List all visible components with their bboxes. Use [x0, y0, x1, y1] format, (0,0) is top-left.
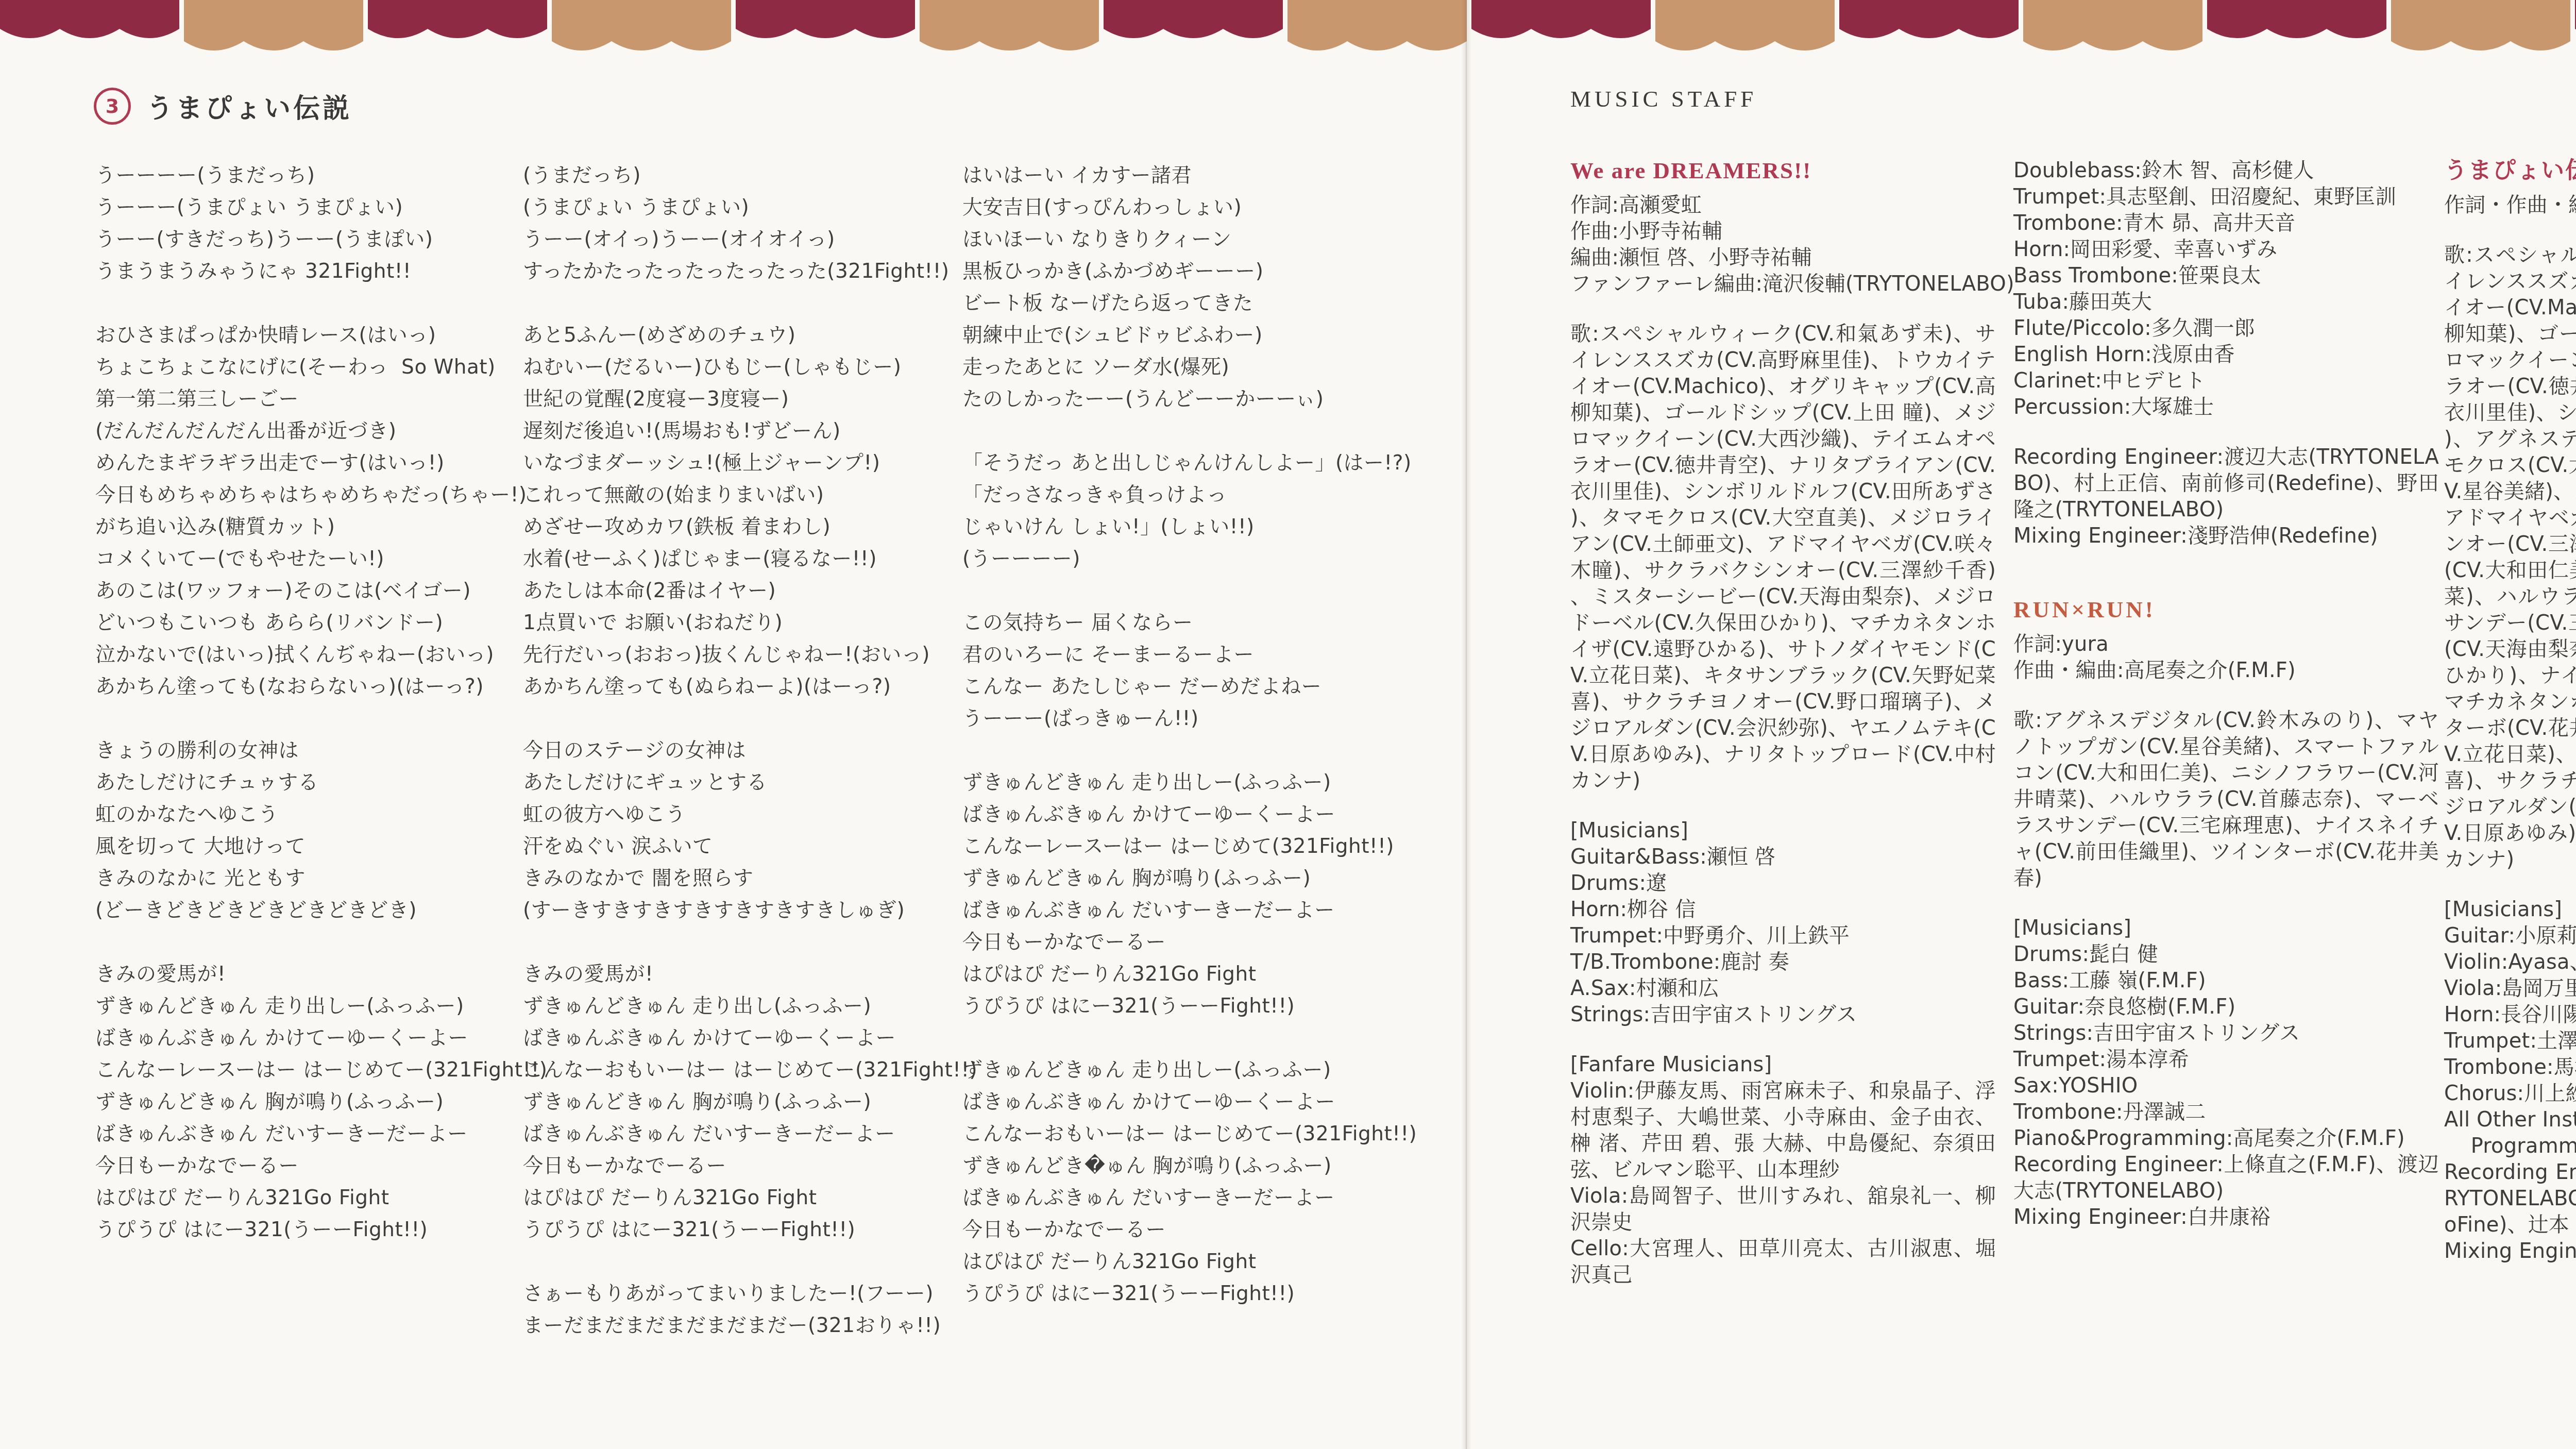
credit-line: Violin:Ayasa、澤田昭子、澤田若菜 [2444, 949, 2576, 975]
wave-segment [2207, 0, 2386, 38]
lyric-line: うぴうぴ はにー321(うーーFight!!) [962, 1278, 1417, 1310]
lyric-line: 今日もーかなでーるー [962, 1214, 1417, 1246]
lyric-line: 遅刻だ後追い!(馬場おも!ずどーん) [523, 415, 977, 447]
credit-line: Horn:栁谷 信 [1570, 897, 1996, 923]
lyric-line: きみの愛馬が! [95, 958, 548, 990]
song-title: うまぴょい伝説 [2444, 158, 2576, 184]
section-gap [2013, 684, 2439, 707]
credit-line: Recording Engineer:飛澤正人、渡辺大志(TRYTONELABO… [2444, 1159, 2576, 1238]
wave-segment [552, 0, 731, 50]
staff-column-3: うまぴょい伝説作詞・作曲・編曲:本田晃弘(Cygames)歌:スペシャルウィーク… [2444, 158, 2576, 1265]
credit-line: 作詞:yura [2013, 631, 2439, 658]
lyric-line: うまうまうみゃうにゃ 321Fight!! [95, 256, 548, 288]
lyric-line: 泣かないで(はいっ)拭くんぢゃねー(おいっ) [95, 639, 548, 671]
credit-line: ファンファーレ編曲:滝沢俊輔(TRYTONELABO) [1570, 271, 1996, 297]
wave-segment [736, 0, 915, 38]
lyric-line: ばきゅんぶきゅん だいすーきーだーよー [962, 1182, 1417, 1214]
lyric-line: こんなーレースーはー はーじめてー(321Fight!!) [95, 1054, 548, 1086]
wave-segment [920, 0, 1099, 50]
lyric-line: うーー(すきだっち)うーー(うまぽい) [95, 224, 548, 256]
lyrics-column-3: はいはーい イカすー諸君大安吉日(すっぴんわっしょい)ほいほーい なりきりクィー… [962, 160, 1417, 1310]
track-number-badge: 3 [94, 88, 131, 125]
lyric-line: じゃいけん しょい!」(しょい!!) [962, 511, 1417, 543]
wave-segment [1655, 0, 1835, 50]
lyric-line: 「だっさなっきゃ負っけよっ [962, 479, 1417, 511]
credit-line: Bass:工藤 嶺(F.M.F) [2013, 968, 2439, 994]
stanza-gap [523, 1246, 977, 1278]
lyric-line: はぴはぴ だーりん321Go Fight [962, 958, 1417, 990]
section-gap [2013, 549, 2439, 573]
stanza-gap [95, 703, 548, 735]
credit-line: Trombone:丹澤誠二 [2013, 1099, 2439, 1125]
credit-line: Cello:大宮理人、田草川亮太、古川淑恵、堀沢真己 [1570, 1236, 1996, 1288]
lyric-line: ばきゅんぶきゅん かけてーゆーくーよー [962, 1086, 1417, 1118]
lyric-line: 世紀の覚醒(2度寝ー3度寝ー) [523, 383, 977, 415]
lyric-line: うーーー(ばっきゅーん!!) [962, 703, 1417, 735]
credit-line: Programming:本田晃弘(Cygames) [2444, 1133, 2576, 1159]
lyric-line: この気持ちー 届くならー [962, 607, 1417, 639]
lyric-line: ビート板 なーげたら返ってきた [962, 288, 1417, 319]
song-title: We are DREAMERS!! [1570, 158, 1996, 184]
lyric-line: ずきゅんどきゅん 胸が鳴り(ふっふー) [95, 1086, 548, 1118]
credit-line: Drums:遼 [1570, 870, 1996, 897]
stanza-gap [523, 703, 977, 735]
credit-line: Guitar:奈良悠樹(F.M.F) [2013, 994, 2439, 1020]
lyric-line: (だんだんだんだん出番が近づき) [95, 415, 548, 447]
lyric-line: めざせー攻めカワ(鉄板 着まわし) [523, 511, 977, 543]
lyric-line: まーだまだまだまだまだまだー(321おりゃ!!) [523, 1310, 977, 1342]
credit-line: 歌:スペシャルウィーク(CV.和氣あず未)、サイレンススズカ(CV.高野麻里佳)… [1570, 321, 1996, 794]
lyric-line: ばきゅんぶきゅん だいすーきーだーよー [95, 1118, 548, 1150]
lyric-line: あと5ふんー(めざめのチュウ) [523, 319, 977, 351]
lyric-line: うーー(オイっ)うーー(オイオイっ) [523, 224, 977, 256]
lyric-line: こんなーおもいーはー はーじめてー(321Fight!!) [523, 1054, 977, 1086]
section-gap [2444, 218, 2576, 242]
lyric-line: これって無敵の(始まりまいばい) [523, 479, 977, 511]
credit-line: Bass Trombone:笹栗良太 [2013, 263, 2439, 289]
lyric-line: うぴうぴ はにー321(うーーFight!!) [523, 1214, 977, 1246]
credit-line: Trumpet:中野勇介、川上鉄平 [1570, 923, 1996, 949]
credit-line: Mixing Engineer:飛澤正人 [2444, 1238, 2576, 1265]
lyric-line: はいはーい イカすー諸君 [962, 160, 1417, 192]
lyric-line: うーーー(うまぴょい うまぴょい) [95, 192, 548, 224]
lyric-line: こんなー あたしじゃー だーめだよねー [962, 671, 1417, 703]
credit-line: All Other Instruments & [2444, 1107, 2576, 1133]
credit-line: 作詞:高瀬愛虹 [1570, 192, 1996, 218]
lyric-line: あかちん塗っても(ぬらねーよ)(はーっ?) [523, 671, 977, 703]
wave-segment [1287, 0, 1467, 50]
lyric-line: きみのなかで 闇を照らす [523, 863, 977, 895]
lyric-line: あのこは(ワッフォー)そのこは(ベイゴー) [95, 575, 548, 607]
stanza-gap [95, 288, 548, 319]
credit-line: A.Sax:村瀬和広 [1570, 975, 1996, 1002]
lyric-line: (うまだっち) [523, 160, 977, 192]
lyric-line: ずきゅんどきゅん 走り出し(ふっふー) [523, 990, 977, 1022]
credit-line: Clarinet:中ヒデヒト [2013, 368, 2439, 394]
section-gap [1570, 1028, 1996, 1052]
stanza-gap [523, 288, 977, 319]
credit-line: Recording Engineer:渡辺大志(TRYTONELABO)、村上正… [2013, 444, 2439, 523]
lyric-line: ずきゅんどき�ゅん 胸が鳴り(ふっふー) [962, 1150, 1417, 1182]
stanza-gap [962, 735, 1417, 767]
music-staff-header: MUSIC STAFF [1570, 86, 1757, 112]
lyric-line: (どーきどきどきどきどきどきどき) [95, 895, 548, 926]
lyric-line: ちょこちょこなにげに(そーわっ So What) [95, 351, 548, 383]
lyric-line: めんたまギラギラ出走でーす(はいっ!) [95, 447, 548, 479]
credit-line: Trumpet:具志堅創、田沼慶紀、東野匡訓 [2013, 184, 2439, 210]
lyric-line: うぴうぴ はにー321(うーーFight!!) [95, 1214, 548, 1246]
stanza-gap [962, 415, 1417, 447]
lyric-line: いなづまダーッシュ!(極上ジャーンプ!) [523, 447, 977, 479]
lyric-line: きょうの勝利の女神は [95, 735, 548, 767]
credit-line: Viola:島岡万里子、七海加奈 [2444, 975, 2576, 1002]
wave-segment [368, 0, 547, 38]
scalloped-border [0, 0, 2576, 68]
booklet-spread: 3 うまぴょい伝説 うーーーー(うまだっち)うーーー(うまぴょい うまぴょい)う… [0, 0, 2576, 1449]
lyrics-column-1: うーーーー(うまだっち)うーーー(うまぴょい うまぴょい)うーー(すきだっち)う… [95, 160, 548, 1246]
track-title: うまぴょい伝説 [146, 87, 352, 125]
lyric-line: きみのなかに 光ともす [95, 863, 548, 895]
credit-line: 歌:スペシャルウィーク(CV.和氣あず未)、サイレンススズカ(CV.高野麻里佳)… [2444, 242, 2576, 873]
credit-line: [Musicians] [1570, 818, 1996, 844]
credit-line: Percussion:大塚雄士 [2013, 394, 2439, 420]
lyric-line: ずきゅんどきゅん 走り出しー(ふっふー) [962, 1054, 1417, 1086]
lyric-line: きみの愛馬が! [523, 958, 977, 990]
wave-segment [2023, 0, 2202, 50]
section-gap [2013, 573, 2439, 597]
section-gap [2013, 420, 2439, 444]
lyric-line: 風を切って 大地けって [95, 831, 548, 863]
lyric-line: こんなーレースーはー はーじめて(321Fight!!) [962, 831, 1417, 863]
lyric-line: 今日もーかなでーるー [523, 1150, 977, 1182]
credit-line: Flute/Piccolo:多久潤一郎 [2013, 315, 2439, 342]
credit-line: Mixing Engineer:淺野浩伸(Redefine) [2013, 523, 2439, 549]
credit-line: Strings:吉田宇宙ストリングス [2013, 1020, 2439, 1047]
section-gap [2444, 873, 2576, 897]
staff-column-1: We are DREAMERS!!作詞:高瀬愛虹作曲:小野寺祐輔編曲:瀬恒 啓、… [1570, 158, 1996, 1288]
lyric-line: はぴはぴ だーりん321Go Fight [962, 1246, 1417, 1278]
credit-line: Horn:長谷川陽一、三村愛子 [2444, 1002, 2576, 1028]
wave-segment [1471, 0, 1651, 38]
credit-line: Trumpet:湯本淳希 [2013, 1047, 2439, 1073]
credit-line: [Musicians] [2013, 915, 2439, 941]
lyric-line: 1点買いで お願い(おねだり) [523, 607, 977, 639]
lyric-line: 「そうだっ あと出しじゃんけんしよー」(はー!?) [962, 447, 1417, 479]
lyric-line: 第一第二第三しーごー [95, 383, 548, 415]
stanza-gap [523, 926, 977, 958]
lyric-line: ずきゅんどきゅん 胸が鳴り(ふっふー) [523, 1086, 977, 1118]
lyric-line: うーーーー(うまだっち) [95, 160, 548, 192]
credit-line: Trombone:馬場拓人、黒沢沙紀 [2444, 1054, 2576, 1081]
lyric-line: ばきゅんぶきゅん だいすーきーだーよー [962, 895, 1417, 926]
stanza-gap [95, 926, 548, 958]
lyric-line: 大安吉日(すっぴんわっしょい) [962, 192, 1417, 224]
lyric-line: ばきゅんぶきゅん かけてーゆーくーよー [962, 799, 1417, 831]
credit-line: Mixing Engineer:白井康裕 [2013, 1204, 2439, 1231]
stanza-gap [962, 575, 1417, 607]
credit-line: Chorus:川上紗耶 [2444, 1081, 2576, 1107]
lyric-line: ずきゅんどきゅん 走り出しー(ふっふー) [962, 767, 1417, 799]
wave-segment [0, 0, 179, 38]
wave-segment [2391, 0, 2570, 50]
credit-line: Violin:伊藤友馬、雨宮麻未子、和泉晶子、浮村恵梨子、大嶋世菜、小寺麻由、金… [1570, 1078, 1996, 1183]
credit-line: Guitar&Bass:瀬恒 啓 [1570, 844, 1996, 870]
credit-line: Viola:島岡智子、世川すみれ、舘泉礼一、柳沢崇史 [1570, 1183, 1996, 1236]
lyric-line: 今日もーかなでーるー [962, 926, 1417, 958]
lyric-line: おひさまぱっぱか快晴レース(はいっ) [95, 319, 548, 351]
lyric-line: 走ったあとに ソーダ水(爆死) [962, 351, 1417, 383]
credit-line: Doublebass:鈴木 智、高杉健人 [2013, 158, 2439, 184]
lyric-line: うぴうぴ はにー321(うーーFight!!) [962, 990, 1417, 1022]
lyric-line: ばきゅんぶきゅん だいすーきーだーよー [523, 1118, 977, 1150]
wave-segment [184, 0, 363, 50]
lyric-line: 黒板ひっかき(ふかづめギーーー) [962, 256, 1417, 288]
lyric-line: こんなーおもいーはー はーじめてー(321Fight!!) [962, 1118, 1417, 1150]
lyric-line: コメくいてー(でもやせたーい!) [95, 543, 548, 575]
lyric-line: 君のいろーに そーまーるーよー [962, 639, 1417, 671]
section-gap [1570, 794, 1996, 818]
lyric-line: さぁーもりあがってまいりましたー!(フーー) [523, 1278, 977, 1310]
lyric-line: ばきゅんぶきゅん かけてーゆーくーよー [523, 1022, 977, 1054]
lyric-line: あかちん塗っても(なおらないっ)(はーっ?) [95, 671, 548, 703]
staff-column-2: Doublebass:鈴木 智、高杉健人Trumpet:具志堅創、田沼慶紀、東野… [2013, 158, 2439, 1231]
credit-line: [Musicians] [2444, 897, 2576, 923]
credit-line: 編曲:瀬恒 啓、小野寺祐輔 [1570, 245, 1996, 271]
credit-line: Recording Engineer:上條直之(F.M.F)、渡辺大志(TRYT… [2013, 1152, 2439, 1204]
lyric-line: あたしは本命(2番はイヤー) [523, 575, 977, 607]
lyric-line: すったかたったったったったった(321Fight!!) [523, 256, 977, 288]
lyric-line: どいつもこいつも あらら(リバンドー) [95, 607, 548, 639]
credit-line: 作詞・作曲・編曲:本田晃弘(Cygames) [2444, 192, 2576, 218]
lyric-line: 今日もめちゃめちゃはちゃめちゃだっ(ちゃー!) [95, 479, 548, 511]
lyric-line: ほいほーい なりきりクィーン [962, 224, 1417, 256]
credit-line: 作曲・編曲:高尾奏之介(F.M.F) [2013, 658, 2439, 684]
credit-line: 作曲:小野寺祐輔 [1570, 218, 1996, 245]
lyric-line: 虹のかなたへゆこう [95, 799, 548, 831]
center-fold-line [1466, 0, 1467, 1449]
lyric-line: ねむいー(だるいー)ひもじー(しゃもじー) [523, 351, 977, 383]
lyrics-column-2: (うまだっち)(うまぴょい うまぴょい)うーー(オイっ)うーー(オイオイっ)すっ… [523, 160, 977, 1342]
credit-line: Guitar:小原莉子 [2444, 923, 2576, 949]
section-gap [1570, 297, 1996, 321]
lyric-line: がち追い込み(糖質カット) [95, 511, 548, 543]
credit-line: T/B.Trombone:鹿討 奏 [1570, 949, 1996, 975]
credit-line: Strings:吉田宇宙ストリングス [1570, 1002, 1996, 1028]
lyric-line: 汗をぬぐい 涙ふいて [523, 831, 977, 863]
lyric-line: ばきゅんぶきゅん かけてーゆーくーよー [95, 1022, 548, 1054]
lyric-line: はぴはぴ だーりん321Go Fight [523, 1182, 977, 1214]
credit-line: Drums:髭白 健 [2013, 941, 2439, 968]
wave-segment [1104, 0, 1283, 38]
lyric-line: あたしだけにギュッとする [523, 767, 977, 799]
lyric-line: ずきゅんどきゅん 胸が鳴り(ふっふー) [962, 863, 1417, 895]
lyric-line: 今日もーかなでーるー [95, 1150, 548, 1182]
lyric-line: あたしだけにチュゥする [95, 767, 548, 799]
credit-line: Piano&Programming:高尾奏之介(F.M.F) [2013, 1125, 2439, 1152]
credit-line: Horn:岡田彩愛、幸喜いずみ [2013, 237, 2439, 263]
credit-line: [Fanfare Musicians] [1570, 1052, 1996, 1078]
lyric-line: ずきゅんどきゅん 走り出しー(ふっふー) [95, 990, 548, 1022]
credit-line: English Horn:浅原由香 [2013, 342, 2439, 368]
lyric-line: 朝練中止で(シュビドゥビふわー) [962, 319, 1417, 351]
stanza-gap [962, 1022, 1417, 1054]
lyric-line: 水着(せーふく)ぱじゃまー(寝るなー!!) [523, 543, 977, 575]
song-title: RUN×RUN! [2013, 597, 2439, 623]
lyric-line: 先行だいっ(おおっ)抜くんじゃねー!(おいっ) [523, 639, 977, 671]
lyric-line: (うまぴょい うまぴょい) [523, 192, 977, 224]
wave-segment [1839, 0, 2019, 38]
credit-line: Trombone:青木 昴、高井天音 [2013, 210, 2439, 237]
credit-line: Tuba:藤田英大 [2013, 289, 2439, 315]
credit-line: Trumpet:土澤咲子、織田祐亮、高澤 綾 [2444, 1028, 2576, 1054]
lyric-line: (すーきすきすきすきすきすきすきしゅぎ) [523, 895, 977, 926]
lyric-line: 今日のステージの女神は [523, 735, 977, 767]
lyric-line: たのしかったーー(うんどーーかーーぃ) [962, 383, 1417, 415]
track-title-row: 3 うまぴょい伝説 [94, 87, 352, 125]
credit-line: 歌:アグネスデジタル(CV.鈴木みのり)、マヤノトップガン(CV.星谷美緒)、ス… [2013, 707, 2439, 891]
lyric-line: 虹の彼方へゆこう [523, 799, 977, 831]
section-gap [2013, 891, 2439, 915]
lyric-line: (うーーーー) [962, 543, 1417, 575]
lyric-line: はぴはぴ だーりん321Go Fight [95, 1182, 548, 1214]
credit-line: Sax:YOSHIO [2013, 1073, 2439, 1099]
